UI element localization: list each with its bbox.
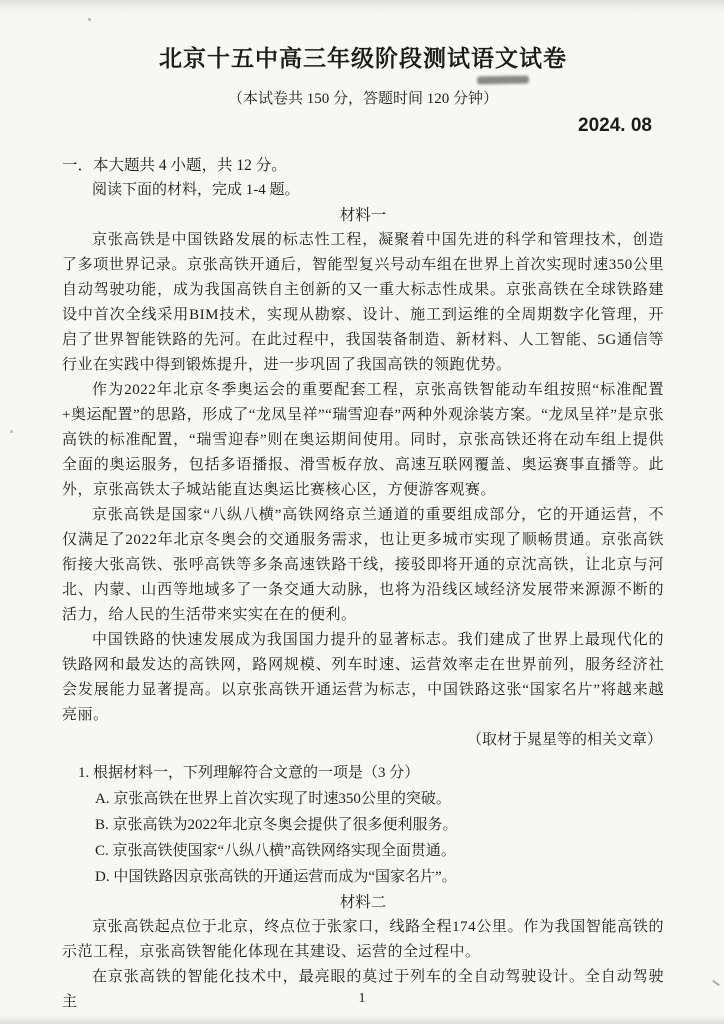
exam-title: 北京十五中高三年级阶段测试语文试卷 xyxy=(62,42,664,74)
question-1: 1. 根据材料一，下列理解符合文意的一项是（3 分） A. 京张高铁在世界上首次… xyxy=(62,760,664,890)
exam-date: 2024. 08 xyxy=(62,114,664,138)
material-two-paragraph-1: 京张高铁起点位于北京，终点位于张家口，线路全程174公里。作为我国智能高铁的示范… xyxy=(62,915,664,965)
material-one-paragraph-3: 京张高铁是国家“八纵八横”高铁网络京兰通道的重要组成部分，它的开通运营，不仅满足… xyxy=(62,503,664,628)
material-one-paragraph-4: 中国铁路的快速发展成为我国国力提升的显著标志。我们建成了世界上最现代化的铁路网和… xyxy=(62,628,664,728)
material-one-paragraph-1: 京张高铁是中国铁路发展的标志性工程，凝聚着中国先进的科学和管理技术，创造了多项世… xyxy=(62,228,664,378)
question-1-option-b: B. 京张高铁为2022年北京冬奥会提供了很多便利服务。 xyxy=(78,812,664,838)
material-one-paragraph-2: 作为2022年北京冬季奥运会的重要配套工程，京张高铁智能动车组按照“标准配置+奥… xyxy=(62,378,664,503)
page-number: 1 xyxy=(0,991,724,1007)
question-1-stem: 1. 根据材料一，下列理解符合文意的一项是（3 分） xyxy=(78,760,664,786)
section-one-heading: 一．本大题共 4 小题，共 12 分。 xyxy=(62,153,664,178)
scan-speck xyxy=(712,980,720,986)
material-two-heading: 材料二 xyxy=(62,890,664,915)
exam-subtitle: （本试卷共 150 分，答题时间 120 分钟） xyxy=(62,88,664,110)
reading-instruction: 阅读下面的材料，完成 1-4 题。 xyxy=(62,178,664,203)
page-content: 北京十五中高三年级阶段测试语文试卷 （本试卷共 150 分，答题时间 120 分… xyxy=(62,0,664,1015)
question-1-option-a: A. 京张高铁在世界上首次实现了时速350公里的突破。 xyxy=(78,786,664,812)
question-1-option-d: D. 中国铁路因京张高铁的开通运营而成为“国家名片”。 xyxy=(78,864,664,890)
scan-edge-bottom xyxy=(0,1014,724,1024)
exam-paper-page: 北京十五中高三年级阶段测试语文试卷 （本试卷共 150 分，答题时间 120 分… xyxy=(0,0,724,1024)
material-one-heading: 材料一 xyxy=(62,203,664,228)
material-one-attribution: （取材于晁星等的相关文章） xyxy=(62,728,664,753)
material-two-paragraph-2: 在京张高铁的智能化技术中，最亮眼的莫过于列车的全自动驾驶设计。全自动驾驶主 xyxy=(62,965,664,1015)
question-1-option-c: C. 京张高铁使国家“八纵八横”高铁网络实现全面贯通。 xyxy=(78,838,664,864)
scan-speck xyxy=(10,430,13,433)
